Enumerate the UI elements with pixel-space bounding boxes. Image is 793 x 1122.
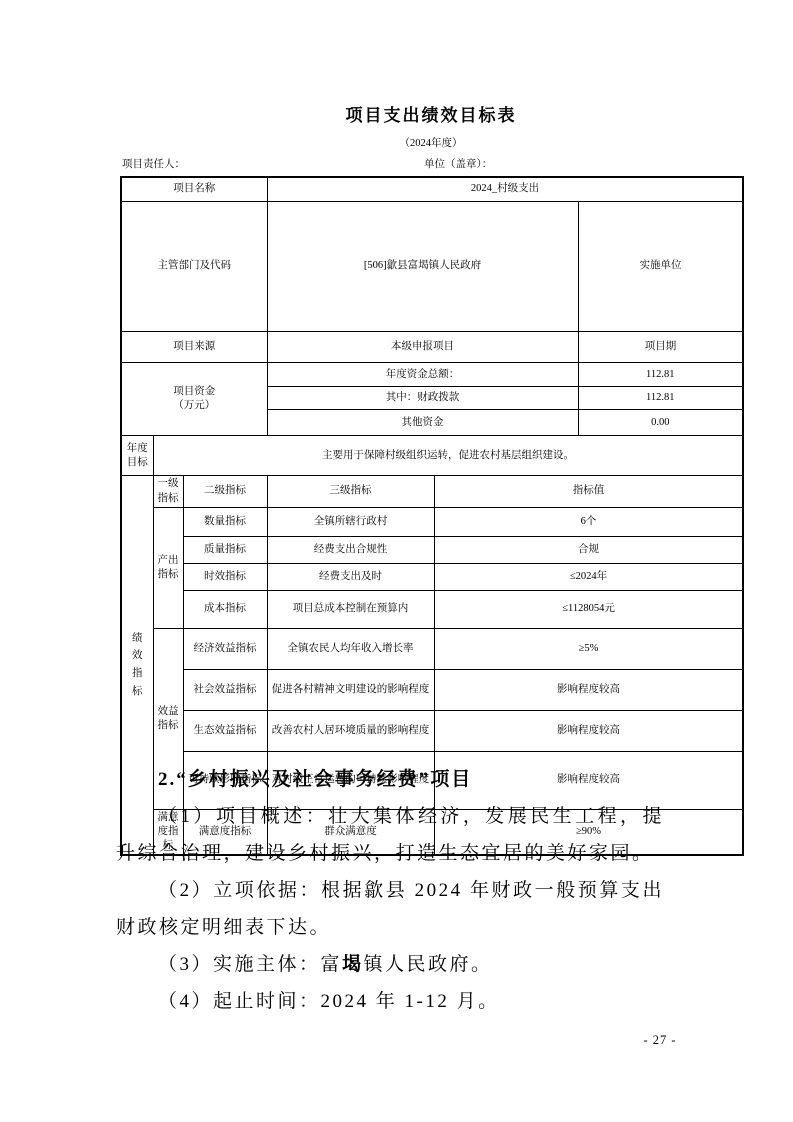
page-subtitle: （2024年度） [120, 135, 742, 150]
vertical-label-text: 绩效指标 [132, 630, 143, 701]
indicator-l3: 全镇农民人均年收入增长率 [267, 628, 434, 669]
header-level1: 一级指标 [153, 476, 183, 507]
table-row: 主管部门及代码 [506]歙县富堨镇人民政府 实施单位 歙县富堨镇人民政府 [121, 201, 743, 332]
department-label: 主管部门及代码 [121, 201, 267, 332]
table-row: 质量指标 经费支出合规性 合规 [121, 536, 743, 563]
unit-seal-label: 单位（盖章）： [424, 156, 492, 171]
indicator-l2: 成本指标 [183, 590, 267, 628]
table-row: 绩效指标 一级指标 二级指标 三级指标 指标值 [121, 476, 743, 507]
p3-prefix: （3）实施主体：富 [158, 954, 342, 975]
annual-goal-value: 主要用于保障村级组织运转，促进农村基层组织建设。 [153, 436, 743, 476]
paragraph-project-overview: （1）项目概述：壮大集体经济，发展民生工程，提升综合治理，建设乡村振兴，打造生态… [116, 798, 664, 872]
indicator-value: 影响程度较高 [434, 710, 743, 751]
indicator-l3: 改善农村人居环境质量的影响程度 [267, 710, 434, 751]
indicator-l3: 经费支出合规性 [267, 536, 434, 563]
indicator-l2: 质量指标 [183, 536, 267, 563]
paragraph-time-range: （4）起止时间：2024 年 1-12 月。 [116, 983, 664, 1020]
document-page: 项目支出绩效目标表 （2024年度） 项目责任人： 单位（盖章）： 项目名称 2… [0, 0, 793, 1122]
paragraph-project-basis: （2）立项依据：根据歙县 2024 年财政一般预算支出财政核定明细表下达。 [116, 872, 664, 946]
indicator-l2: 数量指标 [183, 507, 267, 536]
table-row: 产出指标 数量指标 全镇所辖行政村 6个 [121, 507, 743, 536]
indicator-l2: 经济效益指标 [183, 628, 267, 669]
project-period-label: 项目期 [578, 332, 743, 363]
indicator-l2: 社会效益指标 [183, 669, 267, 710]
annual-total-label: 年度资金总额： [267, 363, 578, 387]
indicator-value: ≤2024年 [434, 563, 743, 590]
table-row: 项目资金 （万元） 年度资金总额： 112.81 [121, 363, 743, 387]
annual-goal-label: 年度目标 [121, 436, 153, 476]
table-row: 生态效益指标 改善农村人居环境质量的影响程度 影响程度较高 [121, 710, 743, 751]
indicator-l2: 时效指标 [183, 563, 267, 590]
project-name-value: 2024_村级支出 [267, 177, 743, 201]
table-row: 项目来源 本级申报项目 项目期 1年 [121, 332, 743, 363]
header-level2: 二级指标 [183, 476, 267, 507]
indicator-value: ≤1128054元 [434, 590, 743, 628]
p3-suffix: 镇人民政府。 [364, 954, 493, 975]
performance-target-table: 项目名称 2024_村级支出 主管部门及代码 [506]歙县富堨镇人民政府 实施… [120, 176, 744, 856]
page-title: 项目支出绩效目标表 [120, 101, 742, 126]
section-heading: 2.“乡村振兴及社会事务经费”项目 [116, 761, 664, 798]
implementing-unit-label: 实施单位 [578, 201, 743, 332]
department-value: [506]歙县富堨镇人民政府 [267, 201, 578, 332]
output-indicator-group-label: 产出指标 [153, 507, 183, 628]
responsible-person-label: 项目责任人： [122, 156, 185, 171]
p3-special-char: 堨 [342, 954, 364, 975]
header-indicator-value: 指标值 [434, 476, 743, 507]
project-source-value: 本级申报项目 [267, 332, 578, 363]
paragraph-implementing-body: （3）实施主体：富堨镇人民政府。 [116, 946, 664, 983]
table-row: 年度目标 主要用于保障村级组织运转，促进农村基层组织建设。 [121, 436, 743, 476]
funding-label-line2: （万元） [124, 399, 265, 413]
indicator-l3: 经费支出及时 [267, 563, 434, 590]
project-funding-label: 项目资金 （万元） [121, 363, 267, 436]
indicator-value: 6个 [434, 507, 743, 536]
fiscal-allocation-value: 112.81 [578, 387, 743, 410]
header-level3: 三级指标 [267, 476, 434, 507]
table-row: 项目名称 2024_村级支出 [121, 177, 743, 201]
table-row: 效益指标 经济效益指标 全镇农民人均年收入增长率 ≥5% [121, 628, 743, 669]
indicator-l3: 项目总成本控制在预算内 [267, 590, 434, 628]
fiscal-allocation-label: 其中：财政拨款 [267, 387, 578, 410]
table-row: 社会效益指标 促进各村精神文明建设的影响程度 影响程度较高 [121, 669, 743, 710]
table-row: 时效指标 经费支出及时 ≤2024年 [121, 563, 743, 590]
indicator-l3: 促进各村精神文明建设的影响程度 [267, 669, 434, 710]
indicator-l3: 全镇所辖行政村 [267, 507, 434, 536]
other-funds-label: 其他资金 [267, 410, 578, 436]
indicator-value: ≥5% [434, 628, 743, 669]
other-funds-value: 0.00 [578, 410, 743, 436]
body-text-block: 2.“乡村振兴及社会事务经费”项目 （1）项目概述：壮大集体经济，发展民生工程，… [116, 761, 664, 1020]
project-name-label: 项目名称 [121, 177, 267, 201]
page-number: - 27 - [600, 1033, 720, 1048]
indicator-l2: 生态效益指标 [183, 710, 267, 751]
annual-total-value: 112.81 [578, 363, 743, 387]
indicator-value: 影响程度较高 [434, 669, 743, 710]
indicator-value: 合规 [434, 536, 743, 563]
funding-label-line1: 项目资金 [124, 385, 265, 399]
table-row: 成本指标 项目总成本控制在预算内 ≤1128054元 [121, 590, 743, 628]
project-source-label: 项目来源 [121, 332, 267, 363]
